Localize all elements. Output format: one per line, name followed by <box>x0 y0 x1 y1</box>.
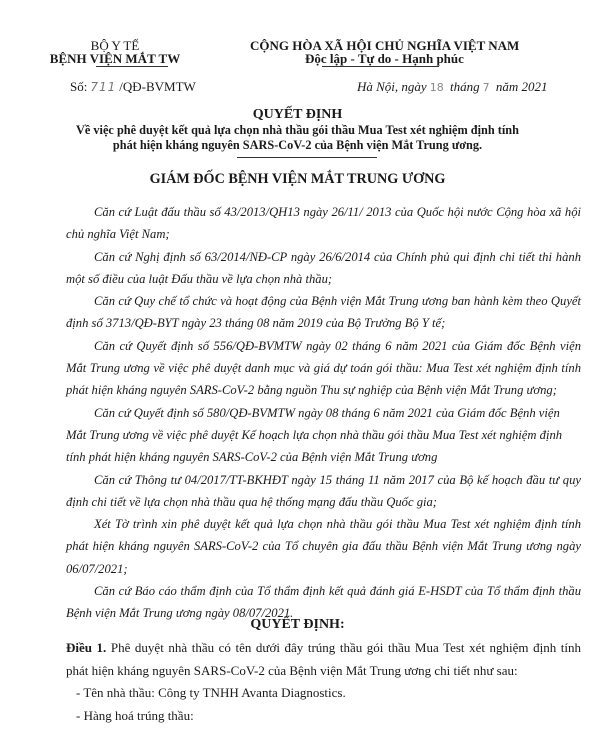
hospital-underline <box>96 66 168 67</box>
document-number: Số:711/QĐ-BVMTW <box>70 79 196 95</box>
goods-item: - Hàng hoá trúng thầu: <box>66 705 581 728</box>
contractor-item: - Tên nhà thầu: Công ty TNHH Avanta Diag… <box>66 682 581 705</box>
subject-underline <box>237 157 377 158</box>
date-day: 18 <box>427 81 447 94</box>
article-1-body: Phê duyệt nhà thầu có tên dưới đây trúng… <box>66 640 581 678</box>
number-handwritten: 711 <box>87 80 119 94</box>
decision-heading: QUYẾT ĐỊNH: <box>0 617 595 633</box>
basis-paragraph: Căn cứ Luật đấu thầu số 43/2013/QH13 ngà… <box>66 201 581 246</box>
date-month-label: tháng <box>450 79 480 94</box>
basis-paragraph: Căn cứ Quy chế tổ chức và hoạt động của … <box>66 290 581 335</box>
motto-underline <box>322 66 439 67</box>
number-suffix: /QĐ-BVMTW <box>119 79 196 94</box>
article-1: Điều 1. Phê duyệt nhà thầu có tên dưới đ… <box>66 637 581 727</box>
article-1-text: Điều 1. Phê duyệt nhà thầu có tên dưới đ… <box>66 637 581 682</box>
article-1-label: Điều 1. <box>66 640 106 655</box>
national-motto: Độc lập - Tự do - Hạnh phúc <box>305 51 464 67</box>
date-year: năm 2021 <box>496 79 548 94</box>
subject-line-1: Về việc phê duyệt kết quả lựa chọn nhà t… <box>0 123 595 138</box>
number-prefix: Số: <box>70 79 87 94</box>
issue-date: Hà Nội, ngày18 tháng7 năm 2021 <box>357 79 547 95</box>
basis-paragraph: Căn cứ Quyết định số 580/QĐ-BVMTW ngày 0… <box>66 402 581 469</box>
basis-paragraph: Căn cứ Thông tư 04/2017/TT-BKHĐT ngày 15… <box>66 469 581 514</box>
basis-paragraph: Căn cứ Quyết định số 556/QĐ-BVMTW ngày 0… <box>66 335 581 402</box>
basis-paragraph: Xét Tờ trình xin phê duyệt kết quả lựa c… <box>66 513 581 580</box>
date-prefix: Hà Nội, ngày <box>357 79 427 94</box>
hospital-name: BỆNH VIỆN MẮT TW <box>0 51 230 67</box>
issuer-title: GIÁM ĐỐC BỆNH VIỆN MẮT TRUNG ƯƠNG <box>0 171 595 188</box>
legal-basis: Căn cứ Luật đấu thầu số 43/2013/QH13 ngà… <box>66 201 581 625</box>
basis-paragraph: Căn cứ Nghị định số 63/2014/NĐ-CP ngày 2… <box>66 246 581 291</box>
document-title: QUYẾT ĐỊNH <box>0 107 595 123</box>
subject-line-2: phát hiện kháng nguyên SARS-CoV-2 của Bệ… <box>0 138 595 153</box>
date-month: 7 <box>480 81 493 94</box>
